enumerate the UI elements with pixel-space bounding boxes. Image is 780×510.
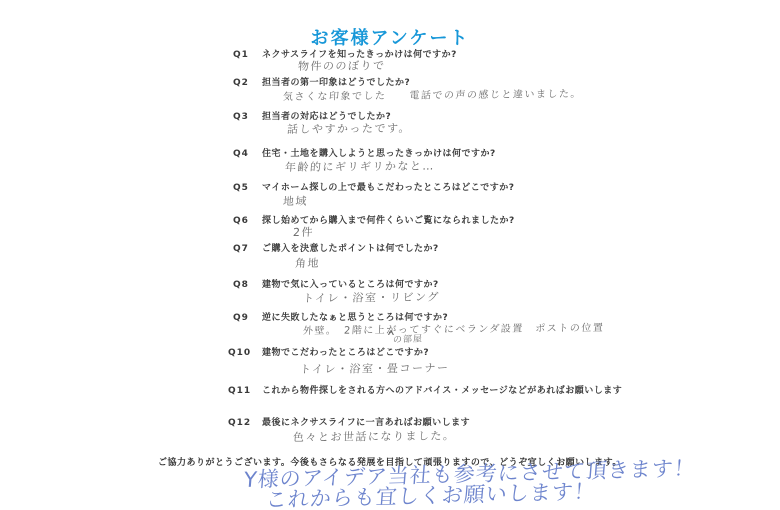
question-text: これから物件探しをされる方へのアドバイス・メッセージなどがあればお願いします [262,386,622,396]
question-row-q12: Q12最後にネクサスライフに一言あればお願いします [228,415,470,428]
question-label: Q12 [228,418,262,428]
question-label: Q8 [233,280,262,290]
handwritten-answer-q6: 2件 [293,224,315,240]
question-label: Q1 [233,50,262,60]
survey-page: お客様アンケート Q1ネクサスライフを知ったきっかけは何ですか? 物件ののぼりで… [0,0,780,510]
question-label: Q2 [233,78,262,88]
question-label: Q3 [233,112,262,122]
question-row-q5: Q5マイホーム探しの上で最もこだわったところはどこですか? [233,180,514,193]
question-row-q11: Q11これから物件探しをされる方へのアドバイス・メッセージなどがあればお願いしま… [228,383,622,396]
question-row-q4: Q4住宅・土地を購入しようと思ったきっかけは何ですか? [233,146,496,159]
question-label: Q6 [233,216,262,226]
question-label: Q11 [228,386,262,396]
handwritten-answer-q2: 気さくな印象でした 電話での声の感じと違いました。 [283,85,583,103]
question-row-q6: Q6探し始めてから購入まで何件くらいご覧になられましたか? [233,213,515,226]
question-label: Q5 [233,183,262,193]
handwritten-answer-q12: 色々とお世話になりました。 [293,427,456,445]
question-text: マイホーム探しの上で最もこだわったところはどこですか? [262,183,514,193]
handwritten-answer-q3: 話しやすかったです。 [287,120,412,137]
handwritten-answer-q7: 角地 [295,255,321,271]
question-label: Q7 [233,244,262,254]
handwritten-answer-q8: トイレ・浴室・リビング [303,289,441,306]
handwritten-answer-q5: 地域 [283,193,309,209]
insertion-text: の部屋 [393,331,423,345]
question-label: Q10 [228,348,262,358]
question-row-q7: Q7ご購入を決意したポイントは何でしたか? [233,241,439,254]
handwritten-answer-q4: 年齢的にギリギリかなと… [285,157,436,175]
question-text: 建物でこだわったところはどこですか? [262,348,429,358]
question-text: ご購入を決意したポイントは何でしたか? [262,244,439,254]
question-label: Q9 [233,313,262,323]
question-row-q10: Q10建物でこだわったところはどこですか? [228,345,429,358]
handwritten-answer-q1: 物件ののぼりで [298,57,386,74]
handwritten-answer-q9: 外壁。 2階に上がってすぐにベランダ設置 ポストの位置 [303,319,605,337]
question-label: Q4 [233,149,262,159]
handwritten-answer-q10: トイレ・浴室・畳コーナー [300,359,450,377]
